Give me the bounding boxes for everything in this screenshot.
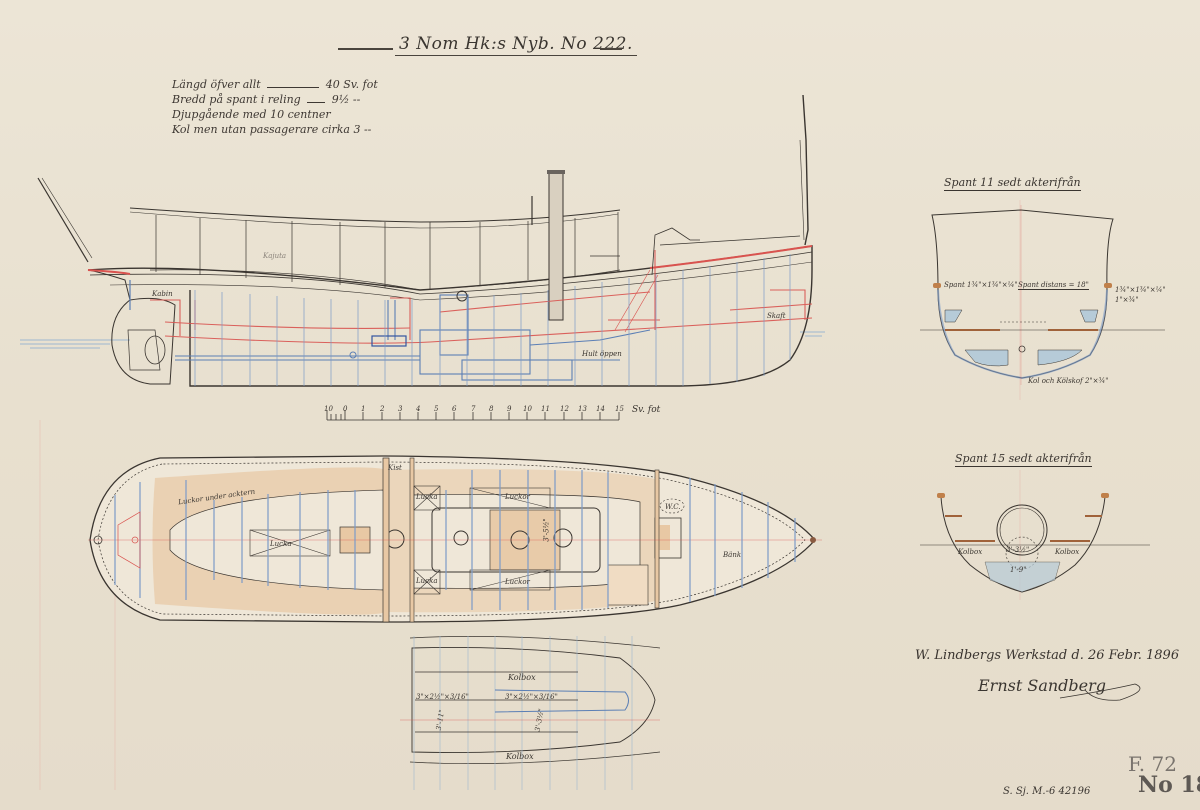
plan-label-wc: W.C. xyxy=(665,503,681,511)
archive-stamp: S. Sj. M.-6 42196 xyxy=(1003,786,1090,797)
plan-dimension-casing: 3'-5½" xyxy=(543,518,551,541)
section-11-dim-2: 1"×¾" xyxy=(1115,296,1139,304)
section-15-drawing xyxy=(920,493,1150,592)
scale-tick-12: 12 xyxy=(560,405,569,413)
engine-room-dimension-1: 3"×2½"×3/16" xyxy=(416,693,469,701)
profile-label-skaft: Skaft xyxy=(767,312,786,320)
plan-label-kist: Kist xyxy=(388,464,402,472)
scale-tick-6: 6 xyxy=(452,405,456,413)
scale-tick-10-small: 10 xyxy=(324,405,333,413)
signature: Ernst Sandberg xyxy=(978,676,1106,695)
technical-drawing-sheet: 3 Nom Hk:s Nyb. No 222. Längd öfver allt… xyxy=(0,0,1200,810)
scale-tick-4: 4 xyxy=(416,405,420,413)
scale-tick-10: 10 xyxy=(523,405,532,413)
engine-room-dimension-2: 3"×2½"×3/16" xyxy=(505,693,558,701)
section-15-kolbox-1: Kolbox xyxy=(958,548,982,556)
section-11-drawing xyxy=(920,205,1165,385)
section-11-frame-spacing: Spant distans = 18" xyxy=(1018,281,1089,290)
section-15-dim-2: 1'-9" xyxy=(1010,566,1026,574)
profile-label-kajuta: Kajuta xyxy=(263,252,286,260)
scale-tick-0: 0 xyxy=(343,405,347,413)
scale-tick-15: 15 xyxy=(615,405,624,413)
scale-unit: Sv. fot xyxy=(632,405,660,415)
scale-tick-2: 2 xyxy=(380,405,384,413)
plan-label-lucka-3: Lucka xyxy=(270,540,292,548)
plan-label-lucka-2: Lucka xyxy=(416,577,438,585)
plan-label-luckor-1: Luckor xyxy=(505,493,530,501)
archive-number: No 181 xyxy=(1138,772,1200,798)
profile-frames xyxy=(195,254,790,386)
profile-label-hult-oppen: Hult öppen xyxy=(582,350,622,358)
plan-label-lucka-1: Lucka xyxy=(416,493,438,501)
engine-room-label-kolbox-1: Kolbox xyxy=(508,673,536,682)
scale-tick-7: 7 xyxy=(471,405,475,413)
section-11-keel-label: Kol och Kölskof 2"×¾" xyxy=(1028,377,1109,385)
workshop-date: W. Lindbergs Werkstad d. 26 Febr. 1896 xyxy=(915,648,1179,663)
scale-tick-3: 3 xyxy=(398,405,402,413)
section-11-dim-1: 1¾"×1¾"×¼" xyxy=(1115,286,1166,294)
waterline xyxy=(20,332,825,348)
section-15-kolbox-2: Kolbox xyxy=(1055,548,1079,556)
plan-label-bank: Bänk xyxy=(723,551,741,559)
scale-tick-8: 8 xyxy=(489,405,493,413)
scale-tick-5: 5 xyxy=(434,405,438,413)
section-11-frame-label: Spant 1¾"×1¾"×¼" xyxy=(944,281,1018,289)
section-15-dim-1: 3'-3½" xyxy=(1006,546,1029,554)
plan-label-luckor-2: Luckor xyxy=(505,578,530,586)
profile-view xyxy=(20,95,825,386)
scale-tick-14: 14 xyxy=(596,405,605,413)
engine-room-label-kolbox-2: Kolbox xyxy=(506,752,534,761)
scale-tick-9: 9 xyxy=(507,405,511,413)
scale-tick-13: 13 xyxy=(578,405,587,413)
scale-tick-11: 11 xyxy=(541,405,550,413)
scale-tick-1: 1 xyxy=(361,405,365,413)
profile-label-kabin: Kabin xyxy=(152,290,173,298)
plan-view xyxy=(88,456,822,622)
